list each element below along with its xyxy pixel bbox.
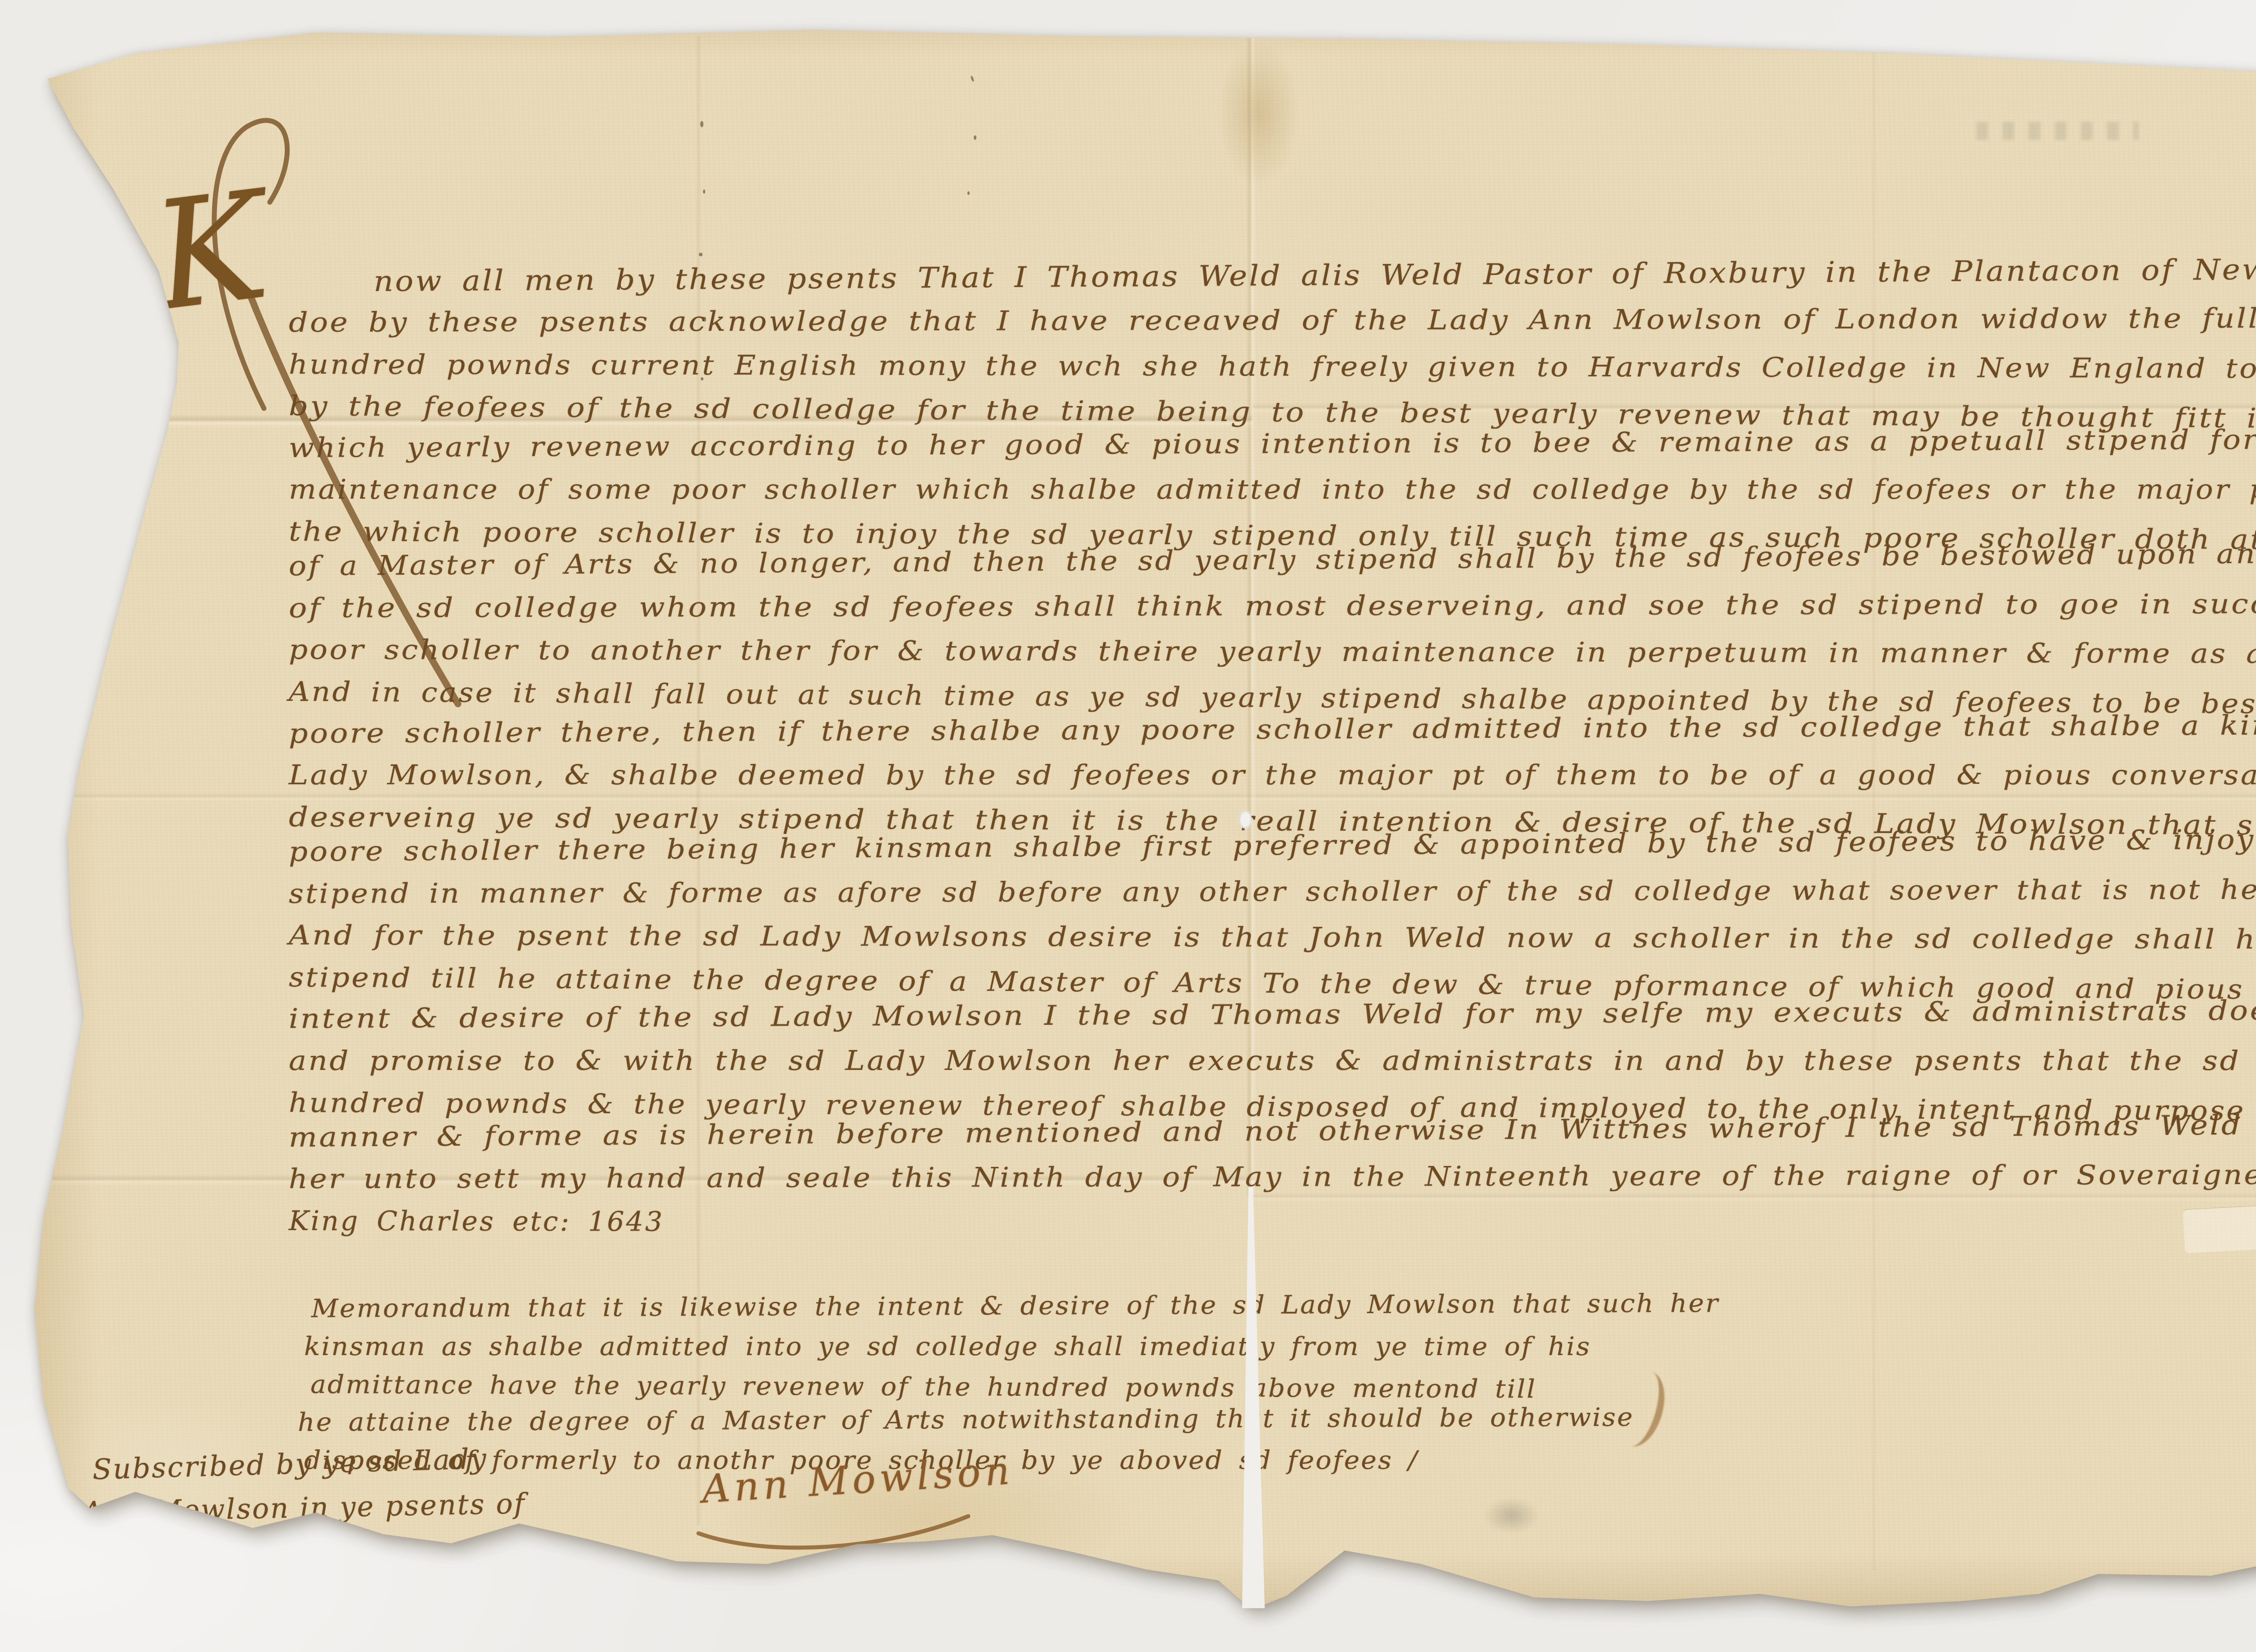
manuscript-scan: K now all men by these psents That I Tho… [0,0,2256,1652]
parchment-sheet: K now all men by these psents That I Tho… [0,0,2256,1652]
ink-speck [33,1374,37,1378]
parchment-document: K now all men by these psents That I Tho… [0,0,2256,1652]
parchment-edge-shading [0,0,2256,1652]
ink-speck [26,1330,32,1335]
witness-signatures: Arther Barnardiston Tho: Goodyeare [92,1558,804,1599]
